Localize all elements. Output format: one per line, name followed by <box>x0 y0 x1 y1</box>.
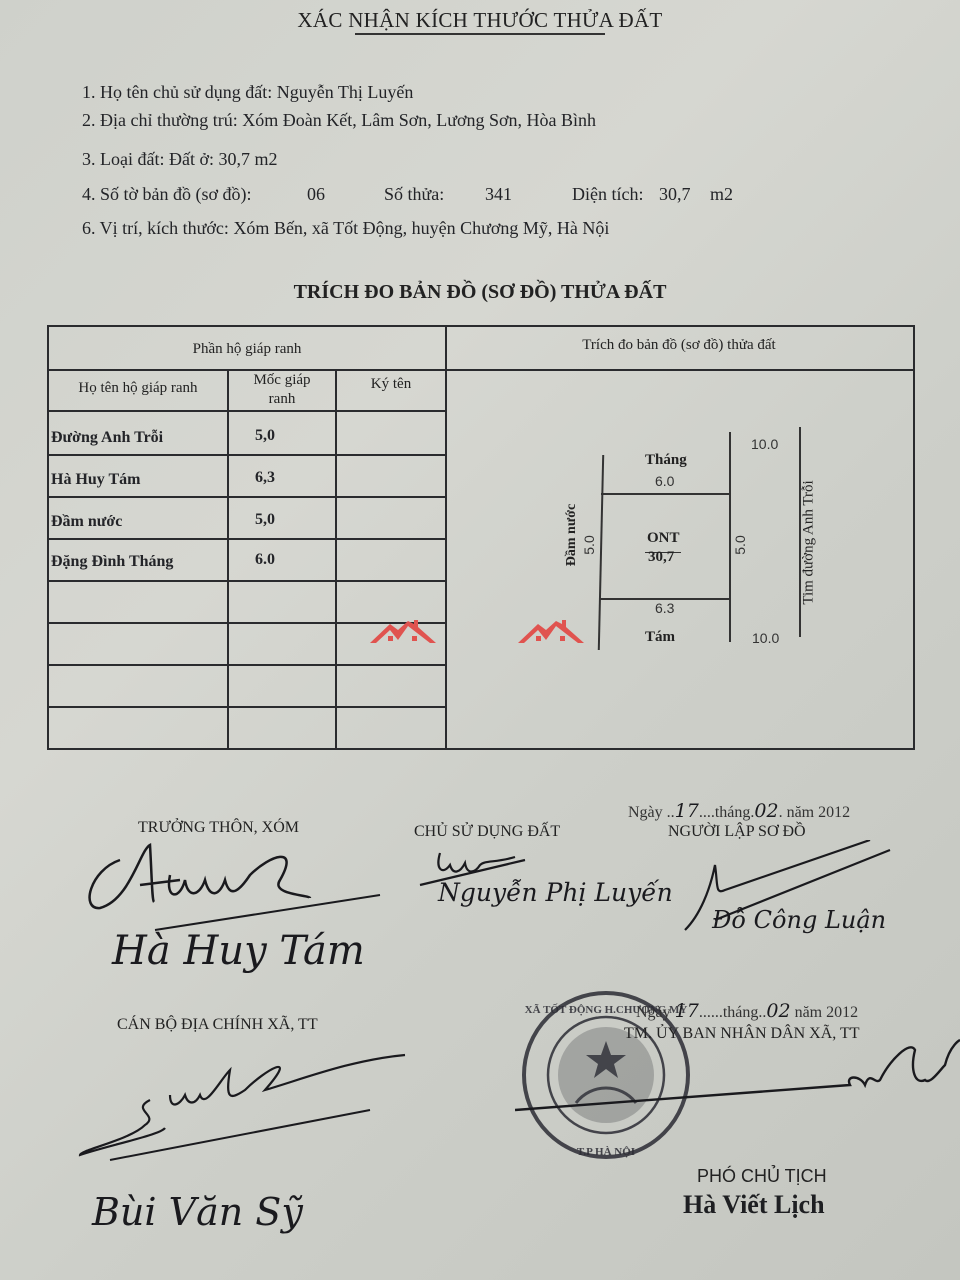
location-value: Xóm Bến, xã Tốt Động, huyện Chương Mỹ, H… <box>233 218 609 238</box>
table-row-mark: 6.0 <box>255 551 275 569</box>
col-header-mark: Mốc giáp ranh <box>229 371 335 409</box>
top-neighbor: Tháng <box>645 452 687 469</box>
col-header-mark-line1: Mốc giáp <box>229 371 335 390</box>
land-type-value: Đất ở: 30,7 m2 <box>169 149 278 169</box>
date-suffix: năm 2012 <box>791 1004 859 1021</box>
surveyor-title: NGƯỜI LẬP SƠ ĐỒ <box>668 823 806 841</box>
land-user-title: CHỦ SỬ DỤNG ĐẤT <box>414 823 560 841</box>
parcel-label: Số thửa: <box>384 184 444 205</box>
col-header-mark-line2: ranh <box>229 390 335 409</box>
area-label: Diện tích: <box>572 184 643 205</box>
village-head-name: Hà Huy Tám <box>112 928 365 974</box>
table-row-name: Đầm nước <box>51 513 122 531</box>
cadastral-name: Bùi Văn Sỹ <box>92 1190 303 1234</box>
address-label: 2. Địa chỉ thường trú: <box>82 110 238 130</box>
col-header-name: Họ tên hộ giáp ranh <box>49 380 227 397</box>
land-type-label: 3. Loại đất: <box>82 149 164 169</box>
col-header-sign: Ký tên <box>337 376 445 393</box>
date-prefix: Ngày .. <box>628 804 675 821</box>
table-row-name: Hà Huy Tám <box>51 471 141 489</box>
date-month: 02 <box>766 1000 790 1022</box>
title-underline <box>355 33 605 35</box>
parcel-right-boundary <box>729 432 731 642</box>
row-rule <box>49 580 445 582</box>
area-value: 30,7 <box>659 184 691 205</box>
bottom-neighbor: Tám <box>645 629 675 646</box>
boundary-table: Phần hộ giáp ranh Trích đo bản đồ (sơ đồ… <box>47 325 915 750</box>
date-bottom: Ngày 17......tháng..02 năm 2012 <box>636 1000 858 1022</box>
row-rule <box>49 496 445 498</box>
row-rule <box>49 538 445 540</box>
road-label: Tim đường Anh Trỗi <box>801 473 818 613</box>
top-length: 6.0 <box>655 473 674 489</box>
owner-label: 1. Họ tên chủ sử dụng đất: <box>82 82 272 102</box>
parcel-top-boundary <box>601 493 729 495</box>
date-day: 17 <box>675 800 699 822</box>
location-field: 6. Vị trí, kích thước: Xóm Bến, xã Tốt Đ… <box>82 218 609 239</box>
surveyor-name: Đỗ Công Luận <box>712 906 886 934</box>
group-header: Phần hộ giáp ranh <box>49 341 445 358</box>
house-watermark-icon <box>516 618 586 648</box>
bottom-length: 6.3 <box>655 600 674 616</box>
row-rule <box>49 706 445 708</box>
row-rule <box>49 664 445 666</box>
date-top: Ngày ..17....tháng.02. năm 2012 <box>628 800 850 822</box>
map-sheet-value: 06 <box>307 184 325 205</box>
header-rule <box>49 369 913 371</box>
house-watermark-icon <box>368 618 438 648</box>
table-row-mark: 6,3 <box>255 469 275 487</box>
date-mid: ......tháng.. <box>699 1004 767 1021</box>
table-row-mark: 5,0 <box>255 511 275 529</box>
address-field: 2. Địa chỉ thường trú: Xóm Đoàn Kết, Lâm… <box>82 110 596 131</box>
table-row-name: Đặng Đình Tháng <box>51 553 173 571</box>
parcel-value: 341 <box>485 184 512 205</box>
land-area: 30,7 <box>648 549 674 566</box>
divider-col2 <box>335 371 337 748</box>
table-row-mark: 5,0 <box>255 427 275 445</box>
road-offset-top: 10.0 <box>751 436 778 452</box>
date-month: 02 <box>754 800 778 822</box>
divider-col1 <box>227 371 229 748</box>
village-head-title: TRƯỞNG THÔN, XÓM <box>138 819 299 837</box>
road-offset-bottom: 10.0 <box>752 630 779 646</box>
owner-value: Nguyễn Thị Luyến <box>277 82 414 102</box>
right-length: 5.0 <box>732 505 748 585</box>
date-mid: ....tháng. <box>699 804 755 821</box>
owner-field: 1. Họ tên chủ sử dụng đất: Nguyễn Thị Lu… <box>82 82 413 103</box>
land-user-name: Nguyễn Phị Luyến <box>438 878 673 907</box>
table-row-name: Đường Anh Trỗi <box>51 429 163 447</box>
cadastral-title: CÁN BỘ ĐỊA CHÍNH XÃ, TT <box>117 1016 318 1034</box>
left-length: 5.0 <box>581 505 597 585</box>
section-subtitle: TRÍCH ĐO BẢN ĐỒ (SƠ ĐỒ) THỬA ĐẤT <box>0 281 960 304</box>
row-rule <box>49 454 445 456</box>
svg-text:T.P HÀ NỘI: T.P HÀ NỘI <box>577 1145 635 1158</box>
cadastral-signature-icon <box>70 1050 420 1170</box>
map-sheet-field: 4. Số tờ bản đồ (sơ đồ): 06 Số thửa: 341… <box>82 184 762 205</box>
left-neighbor: Đầm nước <box>564 490 580 580</box>
divider-sketch <box>445 327 447 748</box>
chairman-name: Hà Viết Lịch <box>683 1190 825 1220</box>
date-prefix: Ngày <box>636 1004 675 1021</box>
document-title: XÁC NHẬN KÍCH THƯỚC THỬA ĐẤT <box>0 8 960 33</box>
chairman-position: PHÓ CHỦ TỊCH <box>697 1166 827 1187</box>
sketch-header: Trích đo bản đồ (sơ đồ) thửa đất <box>447 337 911 354</box>
date-day: 17 <box>675 1000 699 1022</box>
row-rule <box>49 410 445 412</box>
map-sheet-label: 4. Số tờ bản đồ (sơ đồ): <box>82 184 252 204</box>
chairman-signature-icon <box>515 1030 960 1120</box>
date-suffix: . năm 2012 <box>779 804 851 821</box>
parcel-left-boundary <box>598 455 604 650</box>
area-unit: m2 <box>710 184 733 205</box>
address-value: Xóm Đoàn Kết, Lâm Sơn, Lương Sơn, Hòa Bì… <box>242 110 596 130</box>
land-code: ONT <box>647 530 680 547</box>
location-label: 6. Vị trí, kích thước: <box>82 218 229 238</box>
land-type-field: 3. Loại đất: Đất ở: 30,7 m2 <box>82 149 278 170</box>
